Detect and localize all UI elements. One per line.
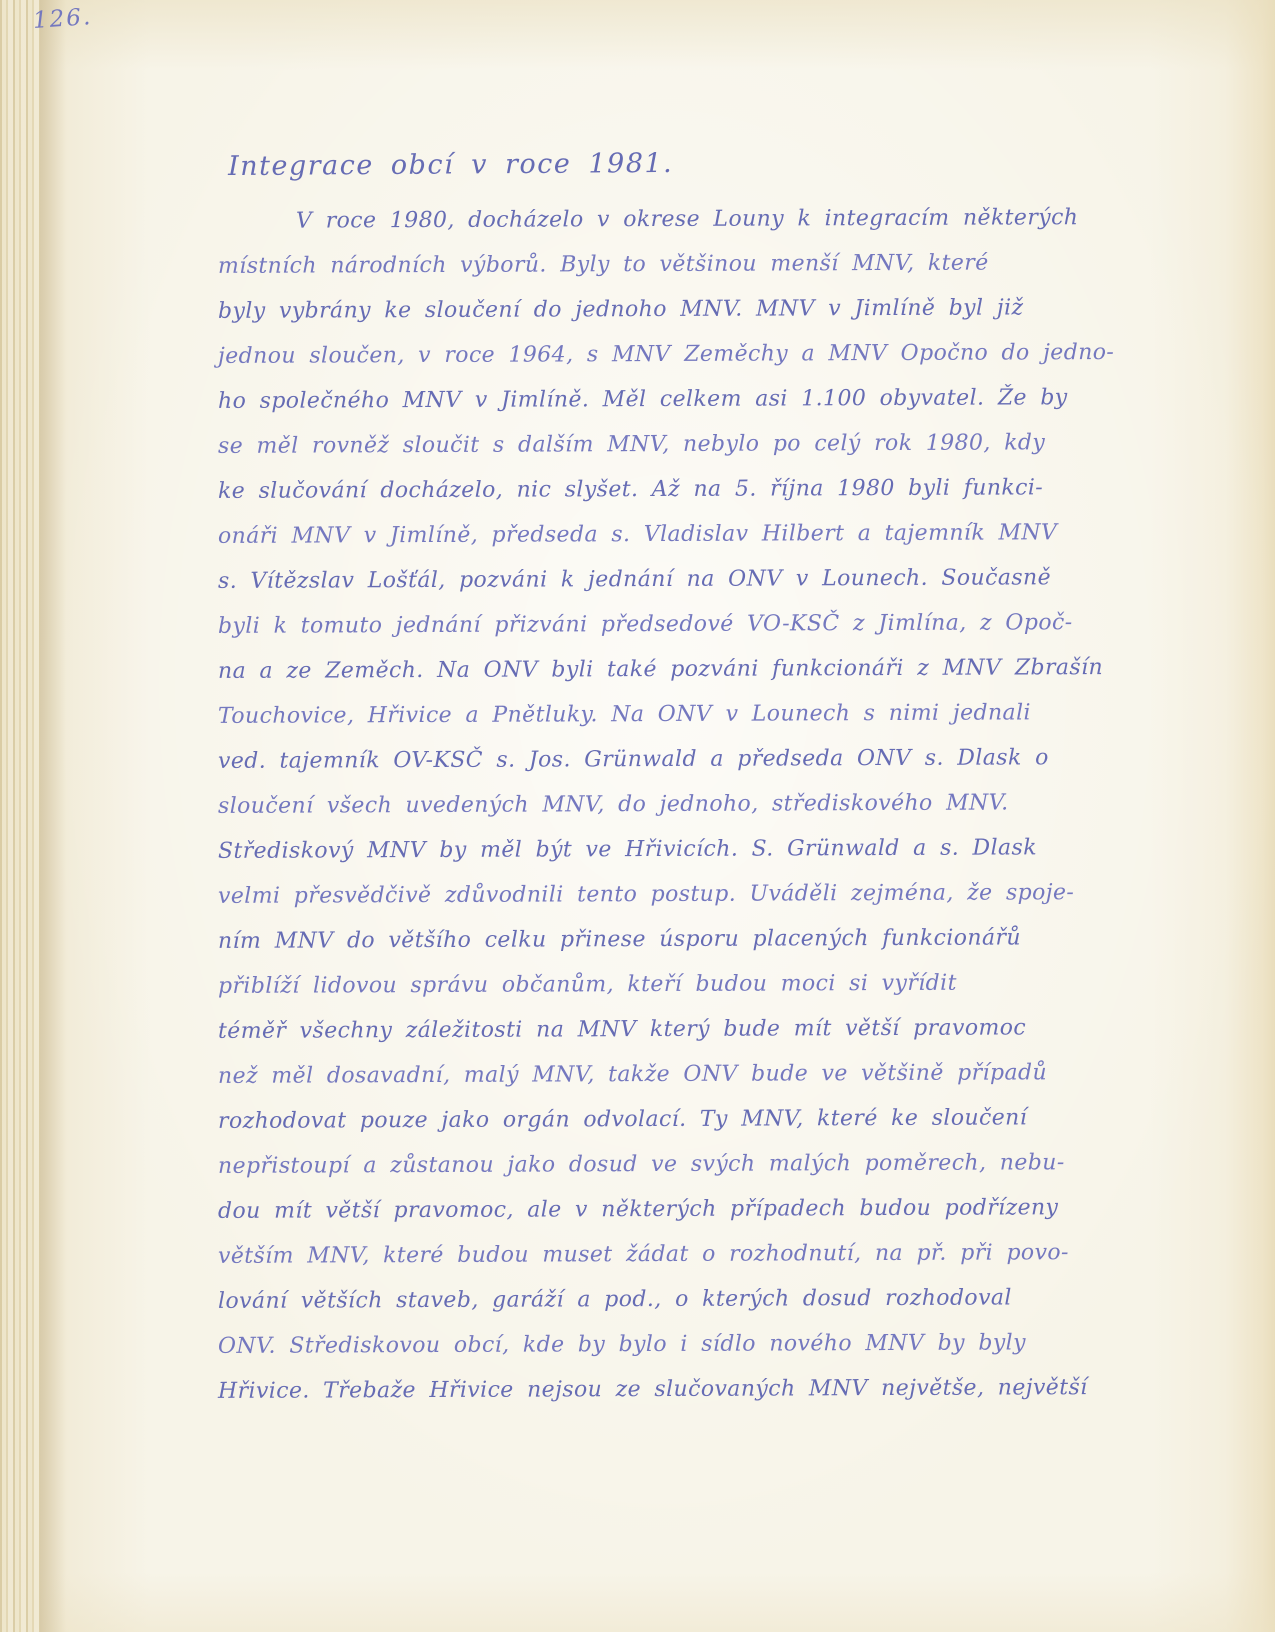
text-line: rozhodovat pouze jako orgán odvolací. Ty… xyxy=(218,1095,1098,1144)
page-number: 126. xyxy=(32,4,93,34)
text-line: ho společného MNV v Jimlíně. Měl celkem … xyxy=(218,375,1098,424)
text-line: přiblíží lidovou správu občanům, kteří b… xyxy=(218,960,1098,1009)
text-line: velmi přesvědčivě zdůvodnili tento postu… xyxy=(218,870,1098,919)
text-line: onáři MNV v Jimlíně, předseda s. Vladisl… xyxy=(218,510,1098,559)
text-line: místních národních výborů. Byly to větši… xyxy=(218,240,1098,289)
handwriting-lines: V roce 1980, docházelo v okrese Louny k … xyxy=(218,197,1098,1412)
text-line: Touchovice, Hřivice a Pnětluky. Na ONV v… xyxy=(218,690,1098,739)
text-line: téměř všechny záležitosti na MNV který b… xyxy=(218,1005,1098,1054)
binding-shadow xyxy=(40,0,66,1632)
text-line: nepřistoupí a zůstanou jako dosud ve svý… xyxy=(218,1140,1098,1189)
text-line: lování větších staveb, garáží a pod., o … xyxy=(218,1275,1098,1324)
text-line: Střediskový MNV by měl být ve Hřivicích.… xyxy=(218,825,1098,874)
text-line: ved. tajemník OV-KSČ s. Jos. Grünwald a … xyxy=(218,735,1098,784)
text-line: větším MNV, které budou muset žádat o ro… xyxy=(218,1230,1098,1279)
text-line: ke slučování docházelo, nic slyšet. Až n… xyxy=(218,465,1098,514)
scanned-chronicle-page: 126. Integrace obcí v roce 1981. V roce … xyxy=(0,0,1275,1632)
text-line: ním MNV do většího celku přinese úsporu … xyxy=(218,915,1098,964)
handwritten-text-block: Integrace obcí v roce 1981. V roce 1980,… xyxy=(218,148,1098,1412)
text-line: byly vybrány ke sloučení do jednoho MNV.… xyxy=(218,285,1098,334)
text-line: se měl rovněž sloučit s dalším MNV, neby… xyxy=(218,420,1098,469)
text-line: dou mít větší pravomoc, ale v některých … xyxy=(218,1185,1098,1234)
text-line: jednou sloučen, v roce 1964, s MNV Zeměc… xyxy=(218,330,1098,379)
text-line: V roce 1980, docházelo v okrese Louny k … xyxy=(218,195,1098,244)
text-line: sloučení všech uvedených MNV, do jednoho… xyxy=(218,780,1098,829)
text-line: s. Vítězslav Lošťál, pozváni k jednání n… xyxy=(218,555,1098,604)
text-line: na a ze Zeměch. Na ONV byli také pozváni… xyxy=(218,645,1098,694)
text-line: ONV. Střediskovou obcí, kde by bylo i sí… xyxy=(218,1320,1098,1369)
text-line: byli k tomuto jednání přizváni předsedov… xyxy=(218,600,1098,649)
text-line: Hřivice. Třebaže Hřivice nejsou ze slučo… xyxy=(218,1365,1098,1414)
text-line: než měl dosavadní, malý MNV, takže ONV b… xyxy=(218,1050,1098,1099)
page-title: Integrace obcí v roce 1981. xyxy=(228,145,1098,182)
book-binding-edge xyxy=(0,0,40,1632)
